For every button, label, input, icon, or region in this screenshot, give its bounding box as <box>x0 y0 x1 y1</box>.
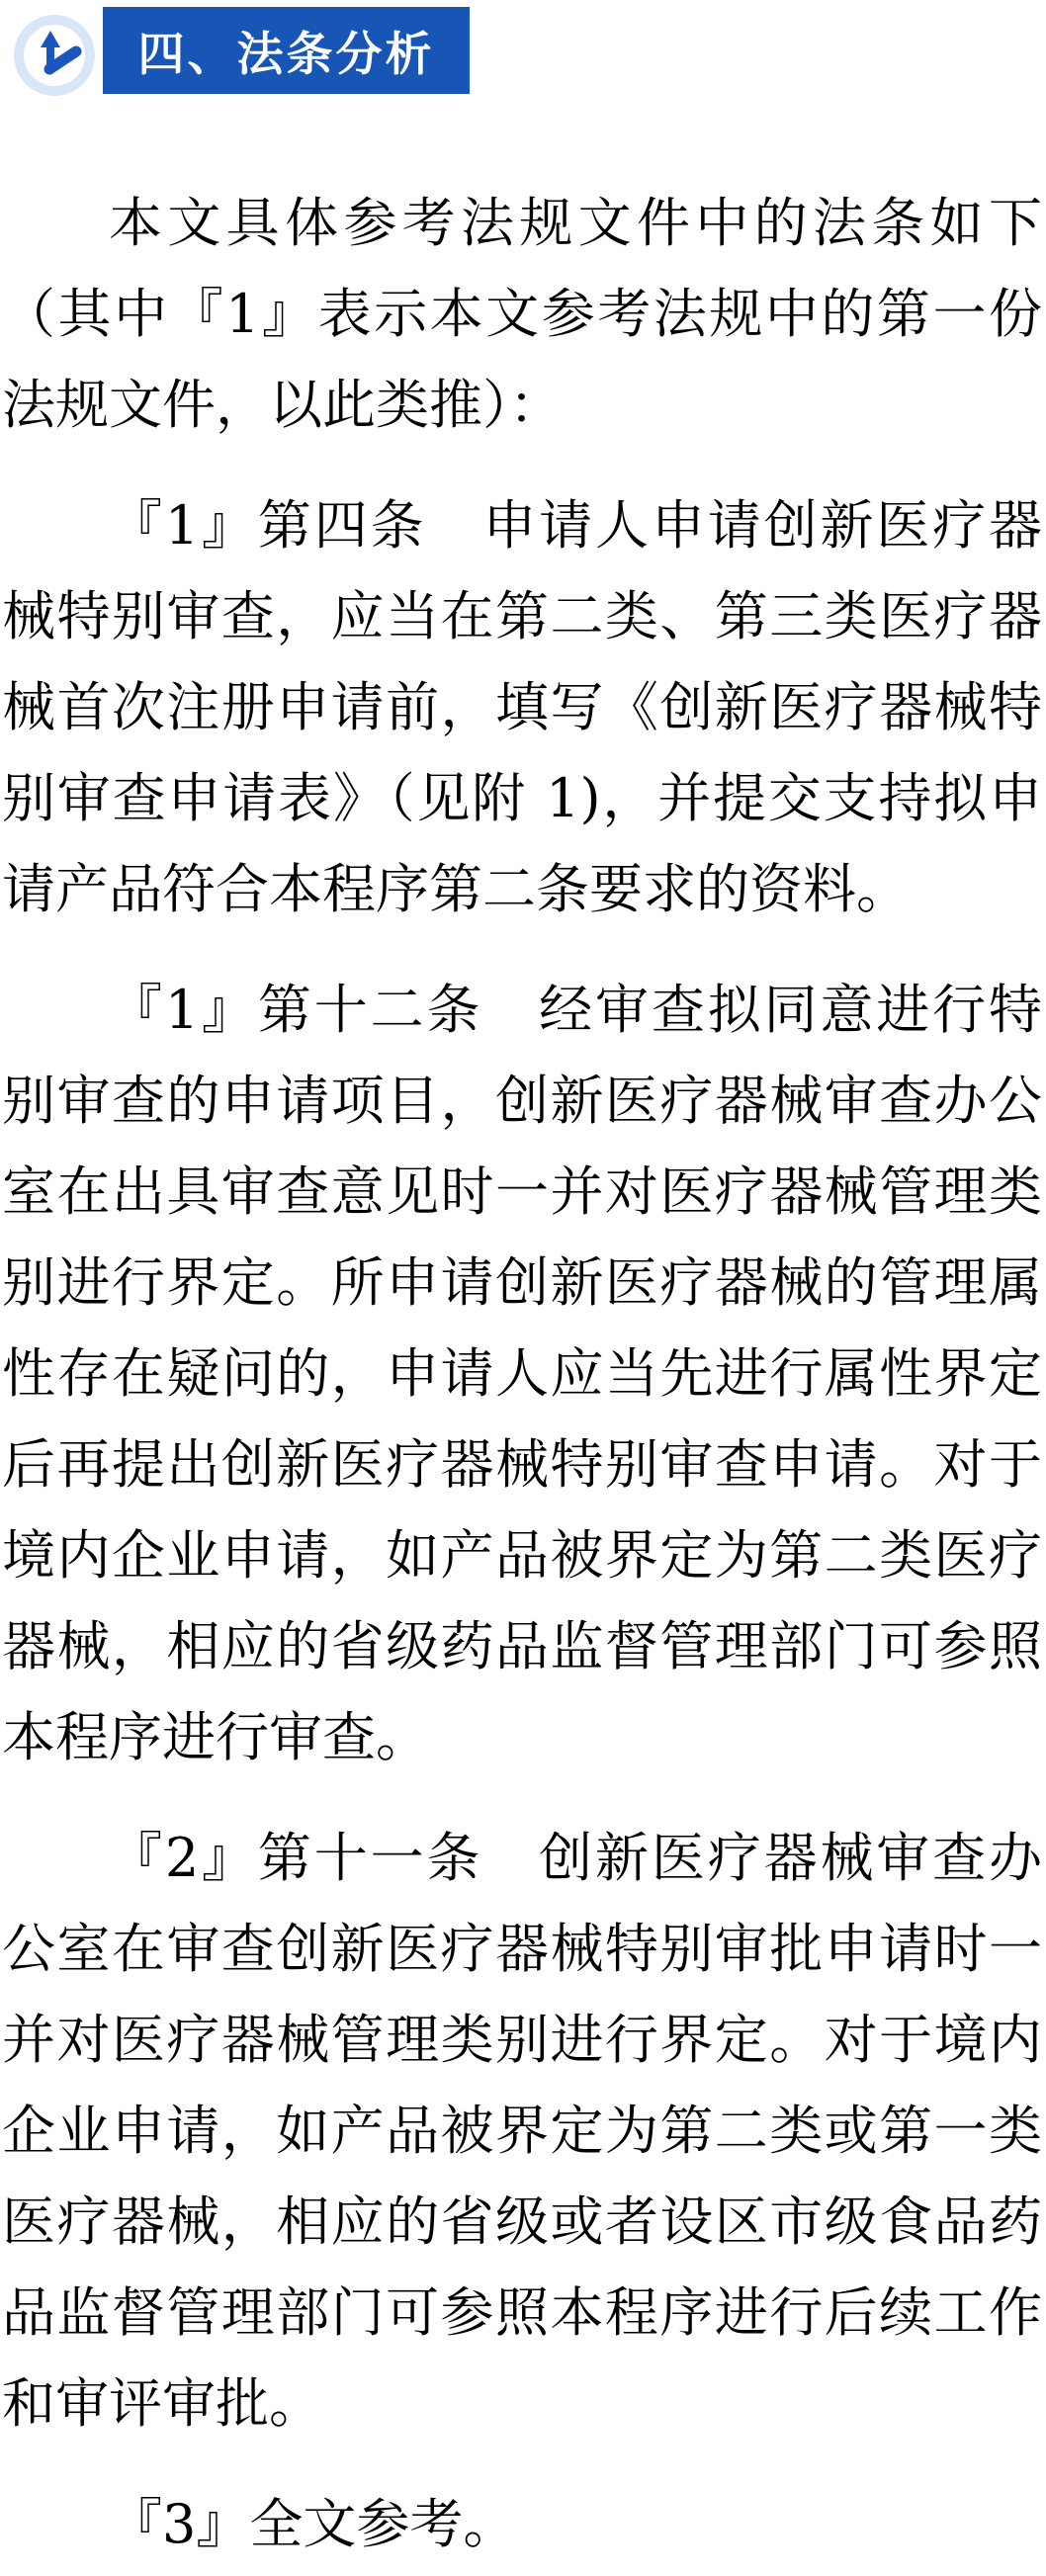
paragraph-law1-art12: 『1』第十二条 经审查拟同意进行特别审查的申请项目，创新医疗器械审查办公室在出具… <box>2 965 1042 1783</box>
section-title-badge: 四、法条分析 <box>103 7 470 94</box>
paragraph-law2-art11: 『2』第十一条 创新医疗器械审查办公室在审查创新医疗器械特别审批申请时一并对医疗… <box>2 1813 1042 2449</box>
document-body: 本文具体参考法规文件中的法条如下（其中『1』表示本文参考法规中的第一份法规文件，… <box>2 178 1042 2570</box>
page-header: 四、法条分析 <box>0 0 1046 109</box>
paragraph-intro: 本文具体参考法规文件中的法条如下（其中『1』表示本文参考法规中的第一份法规文件，… <box>2 178 1042 451</box>
clock-icon <box>6 3 105 106</box>
paragraph-law3-fulltext: 『3』全文参考。 <box>2 2479 1042 2570</box>
paragraph-law1-art4: 『1』第四条 申请人申请创新医疗器械特别审查，应当在第二类、第三类医疗器械首次注… <box>2 480 1042 935</box>
